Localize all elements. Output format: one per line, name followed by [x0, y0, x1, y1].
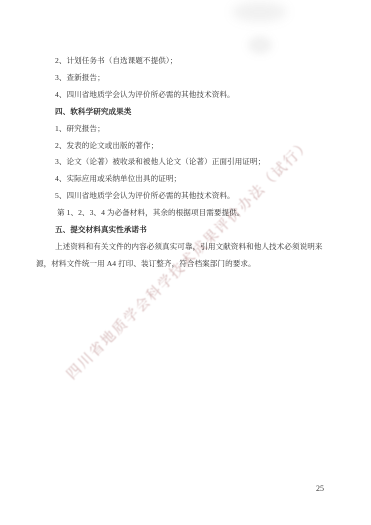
- doc-line: 上述资料和有关文件的内容必须真实可靠，引用文献资料和他人技术必须说明来: [36, 239, 336, 256]
- page-number: 25: [316, 484, 324, 493]
- doc-section-heading: 五、提交材料真实性承诺书: [36, 222, 336, 239]
- doc-line: 第 1、2、3、4 为必备材料，其余的根据项目需要提供。: [36, 205, 336, 222]
- scan-artifact: [232, 2, 287, 22]
- doc-line: 2、计划任务书（自选课题不提供）；: [36, 53, 336, 70]
- doc-line: 源，材料文件统一用 A4 打印、装订整齐，符合档案部门的要求。: [36, 256, 336, 273]
- doc-line: 5、四川省地质学会认为评价所必需的其他技术资料。: [36, 188, 336, 205]
- doc-section-heading: 四、软科学研究成果类: [36, 104, 336, 121]
- doc-line: 3、论文（论著）被收录和被他人论文（论著）正面引用证明；: [36, 154, 336, 171]
- scan-artifact: [248, 36, 272, 54]
- doc-line: 2、发表的论文或出版的著作；: [36, 138, 336, 155]
- doc-line: 4、实际应用或采纳单位出具的证明；: [36, 171, 336, 188]
- doc-line: 4、四川省地质学会认为评价所必需的其他技术资料。: [36, 87, 336, 104]
- doc-line: 1、研究报告；: [36, 121, 336, 138]
- doc-line: 3、查新报告；: [36, 70, 336, 87]
- document-page: 四川省地质学会科学技术成果评价办法（试行） 2、计划任务书（自选课题不提供）； …: [0, 0, 371, 525]
- document-body: 2、计划任务书（自选课题不提供）； 3、查新报告； 4、四川省地质学会认为评价所…: [36, 53, 336, 273]
